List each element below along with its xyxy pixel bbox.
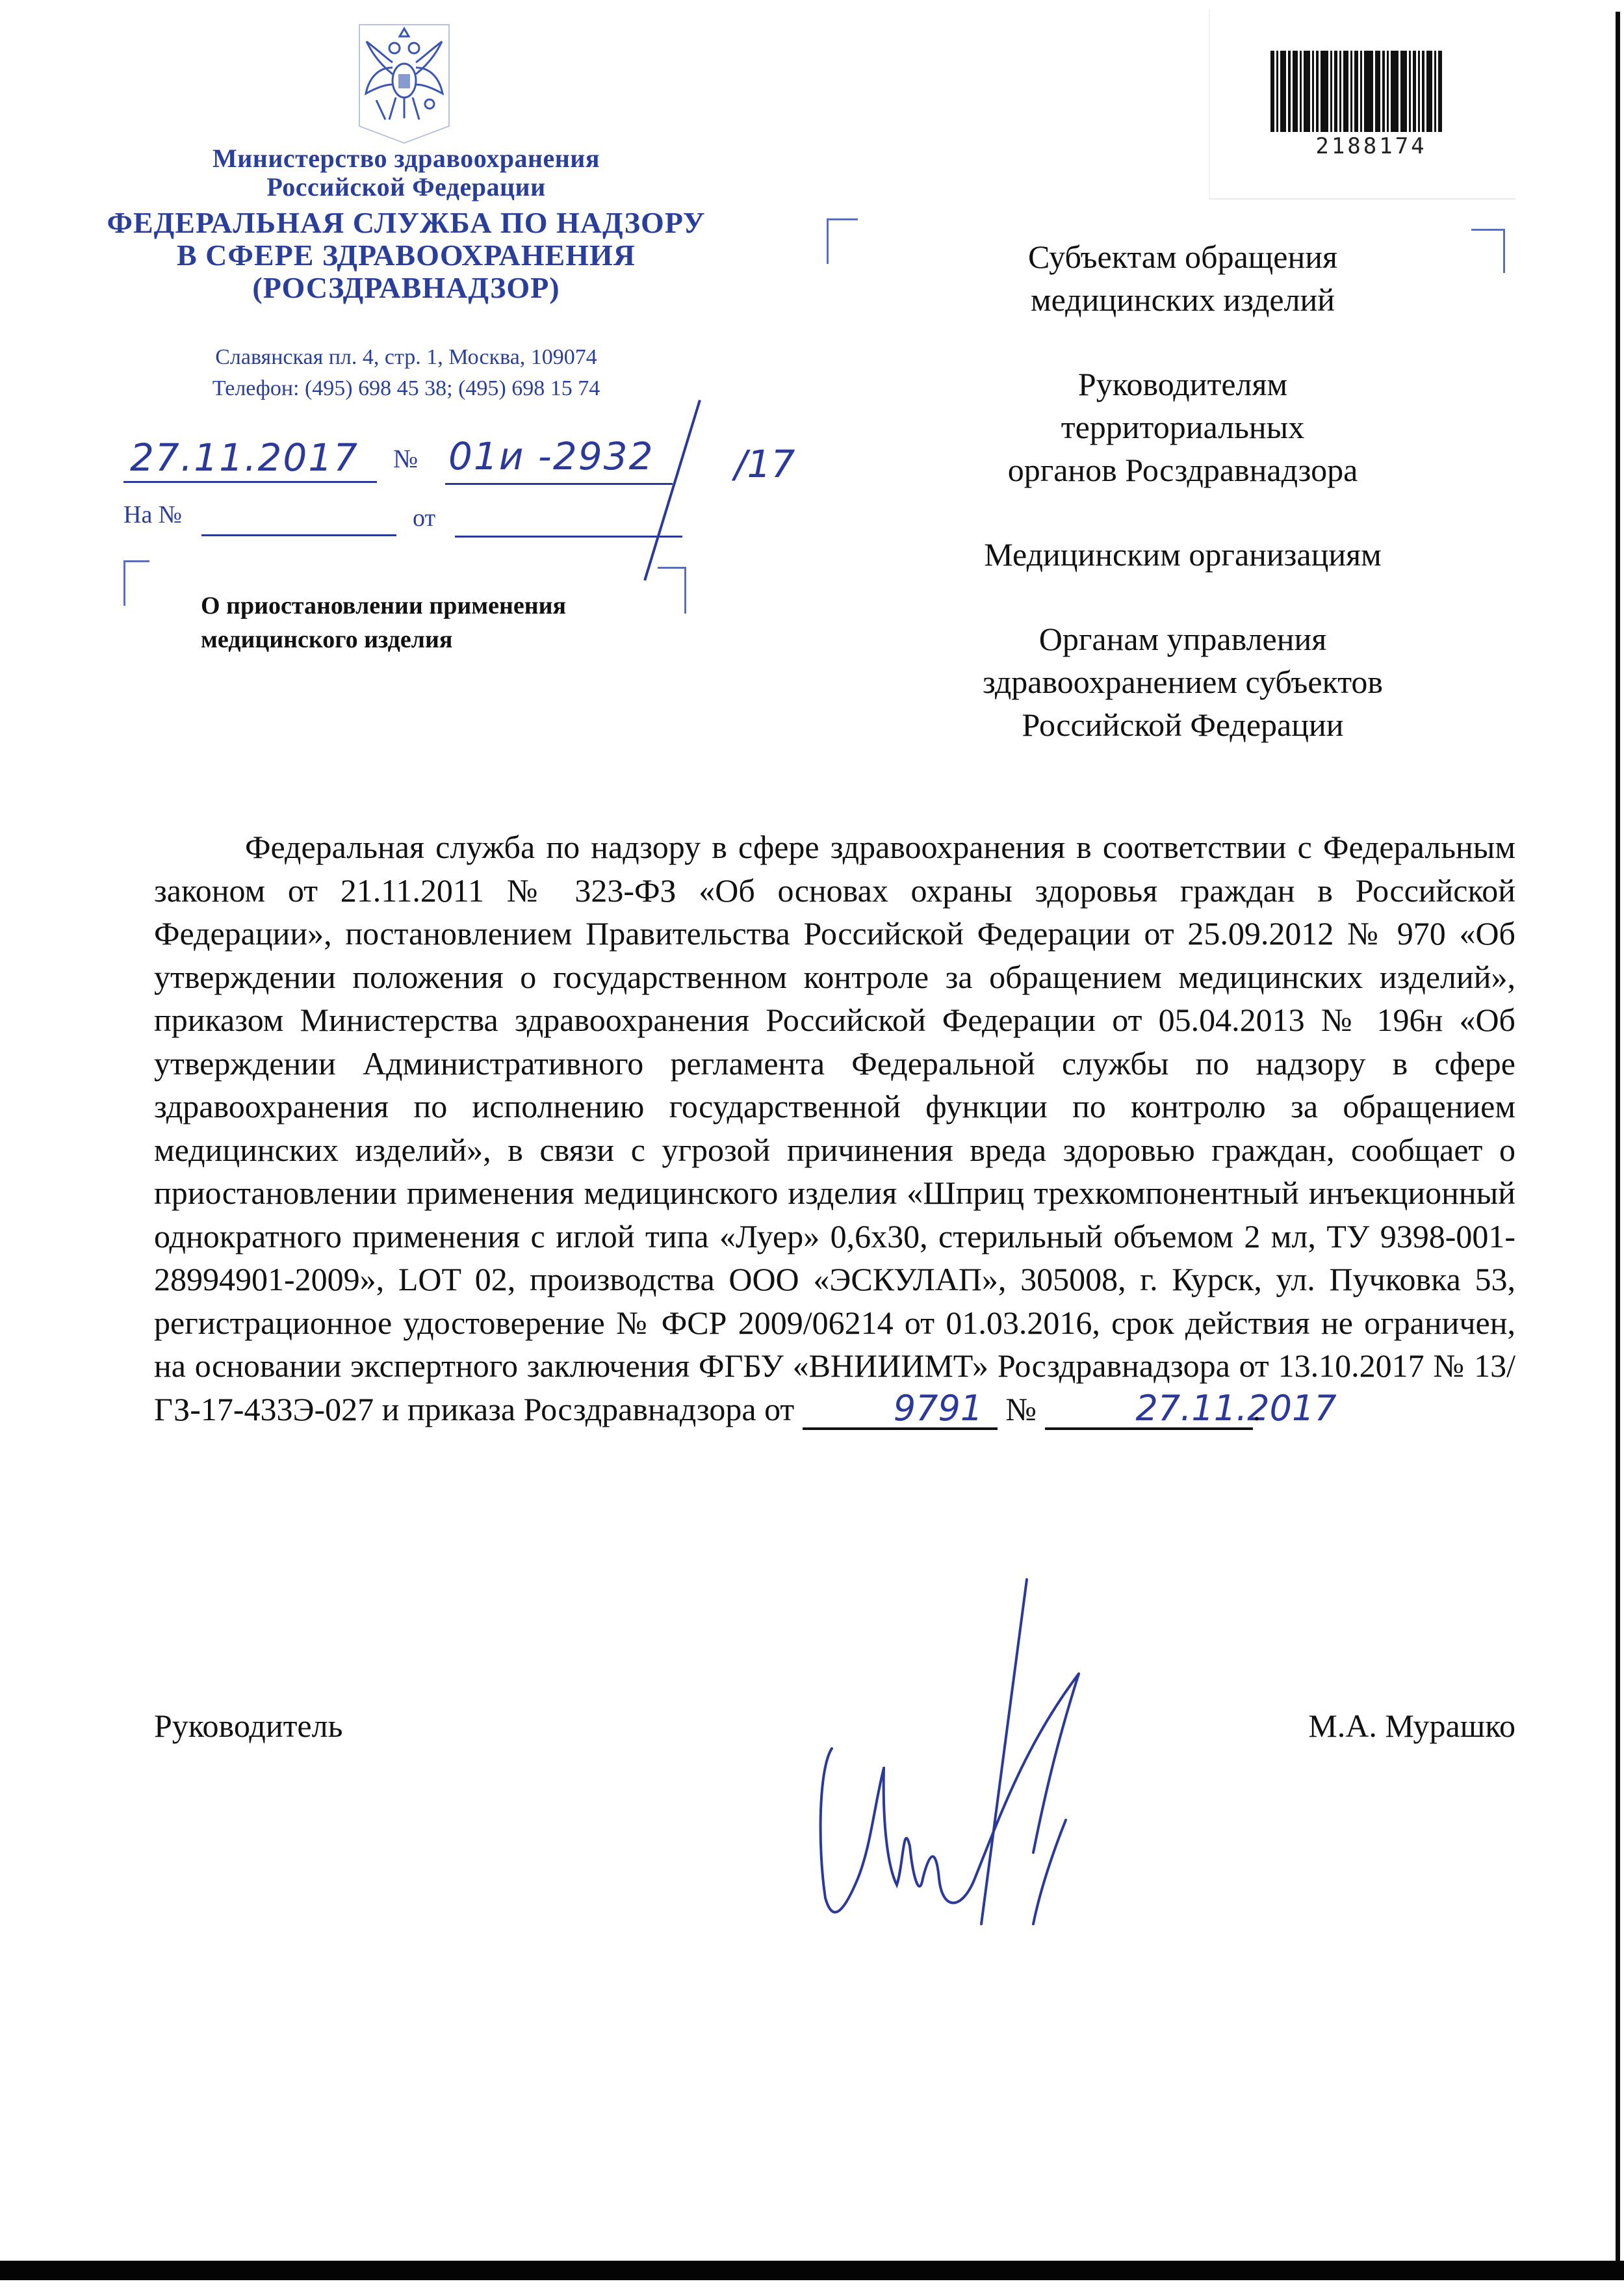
subject-bracket-left-top (123, 560, 149, 562)
barcode-icon (1270, 51, 1469, 132)
recipient-line: медицинских изделий (871, 278, 1495, 321)
reply-number-label: На № (123, 500, 182, 529)
order-number-sign: № (1005, 1391, 1037, 1427)
coat-of-arms-icon (357, 22, 452, 146)
body-end-punctuation: . (1253, 1391, 1261, 1427)
ministry-name: Министерство здравоохранения Российской … (130, 144, 682, 201)
agency-line-2: В СФЕРЕ ЗДРАВООХРАНЕНИЯ (91, 239, 721, 272)
recipient-bracket-right-side (1503, 229, 1505, 273)
recipient-bracket-right-top (1471, 229, 1505, 231)
scan-edge-right (1616, 12, 1620, 2267)
body-paragraph: Федеральная служба по надзору в сфере зд… (154, 825, 1515, 1431)
agency-phone: Телефон: (495) 698 45 38; (495) 698 15 7… (130, 373, 682, 404)
recipient-line: территориальных (871, 406, 1495, 448)
subject-bracket-left-side (123, 560, 125, 606)
order-number-field: 9791 (803, 1390, 998, 1430)
registration-date: 27.11.2017 (130, 435, 359, 480)
letter-subject: О приостановлении применения медицинског… (201, 589, 695, 656)
reply-number-field (201, 534, 396, 536)
subject-bracket-right-top (658, 567, 686, 569)
reply-date-field (455, 536, 682, 538)
body-text: Федеральная служба по надзору в сфере зд… (154, 829, 1515, 1427)
subject-line-1: О приостановлении применения (201, 589, 695, 623)
recipient-group: Медицинским организациям (871, 533, 1495, 576)
registration-slash-stroke (643, 400, 701, 580)
ministry-line-1: Министерство здравоохранения (130, 144, 682, 173)
barcode-number: 2188174 (1267, 133, 1475, 159)
agency-line-1: ФЕДЕРАЛЬНАЯ СЛУЖБА ПО НАДЗОРУ (91, 207, 721, 239)
recipient-line: Медицинским организациям (871, 533, 1495, 576)
recipient-bracket-left-top (827, 218, 858, 220)
ministry-line-2: Российской Федерации (130, 173, 682, 201)
agency-name: ФЕДЕРАЛЬНАЯ СЛУЖБА ПО НАДЗОРУ В СФЕРЕ ЗД… (91, 207, 721, 304)
recipient-line: Органам управления (871, 617, 1495, 660)
recipient-group: Органам управления здравоохранением субъ… (871, 617, 1495, 746)
signer-name: М.А. Мурашко (1274, 1707, 1515, 1745)
reply-date-label: от (413, 504, 435, 532)
recipient-bracket-left-side (827, 218, 829, 264)
subject-line-2: медицинского изделия (201, 623, 695, 656)
order-date-field: 27.11.2017 (1045, 1390, 1253, 1430)
signer-title: Руководитель (154, 1707, 342, 1745)
recipient-line: здравоохранением субъектов (871, 660, 1495, 703)
registration-number: 01и -2932 (448, 434, 654, 478)
recipient-line: органов Росздравнадзора (871, 448, 1495, 491)
recipient-group: Субъектам обращения медицинских изделий (871, 235, 1495, 321)
agency-contacts: Славянская пл. 4, стр. 1, Москва, 109074… (130, 342, 682, 404)
agency-line-3: (РОСЗДРАВНАДЗОР) (91, 272, 721, 304)
recipient-group: Руководителям территориальных органов Ро… (871, 363, 1495, 491)
scan-edge-bottom (0, 2261, 1624, 2280)
recipient-line: Руководителям (871, 363, 1495, 406)
agency-address: Славянская пл. 4, стр. 1, Москва, 109074 (130, 342, 682, 373)
registration-number-suffix: /17 (734, 442, 795, 486)
letter-body: Федеральная служба по надзору в сфере зд… (154, 825, 1515, 1431)
recipient-line: Российской Федерации (871, 703, 1495, 746)
registration-number-sign: № (393, 443, 418, 474)
recipients-block: Субъектам обращения медицинских изделий … (871, 235, 1495, 788)
handwritten-signature-icon (806, 1573, 1170, 1937)
registration-date-underline (123, 481, 377, 483)
recipient-line: Субъектам обращения (871, 235, 1495, 278)
registration-number-underline (445, 483, 673, 485)
